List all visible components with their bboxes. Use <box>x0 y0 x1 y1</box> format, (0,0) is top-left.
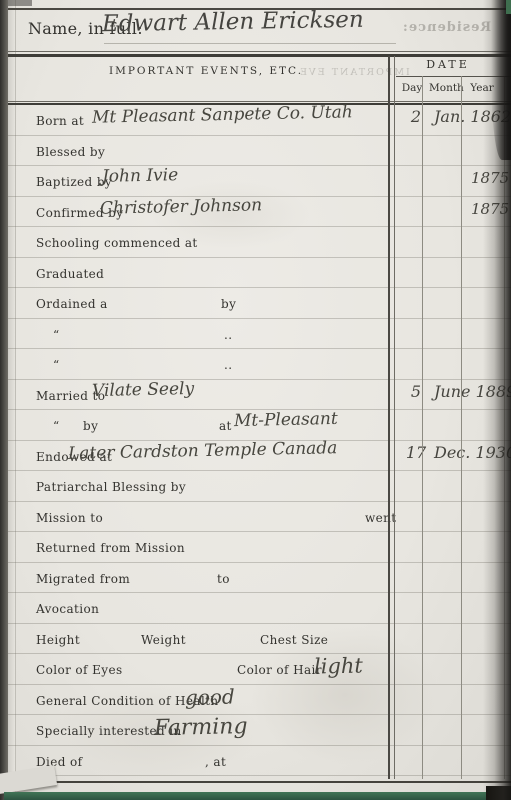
printed-label: Color of Eyes <box>36 663 123 677</box>
month-column-header: Month <box>429 82 463 94</box>
printed-label: , at <box>205 755 226 769</box>
page-curl-shadow-top <box>491 0 511 160</box>
table-row: “byatMt-Pleasant <box>8 409 511 441</box>
printed-label: by <box>221 297 236 311</box>
printed-label: Height <box>36 633 80 647</box>
printed-label: .. <box>224 328 232 342</box>
binding-gutter <box>0 0 8 800</box>
handwritten-value: good <box>185 684 235 709</box>
column-rule <box>461 76 462 779</box>
table-row: Avocation <box>8 592 511 624</box>
divider-line <box>8 101 511 102</box>
table-row: “.. <box>8 318 511 350</box>
handwritten-value: Vilate Seely <box>92 378 194 400</box>
printed-label: Baptized by <box>36 175 112 189</box>
divider-line <box>8 51 511 52</box>
printed-label: to <box>217 572 230 586</box>
table-row: Returned from Mission <box>8 531 511 563</box>
table-row: “.. <box>8 348 511 380</box>
printed-label: Weight <box>141 633 186 647</box>
scanner-background-corner <box>506 0 511 14</box>
scan-smudge <box>8 0 32 6</box>
table-row: Endowed atLater Cardston Temple Canada17… <box>8 440 511 472</box>
table-row: Confirmed byChristofer Johnson1875 <box>8 196 511 228</box>
printed-label: “ <box>53 358 60 372</box>
printed-label: Mission to <box>36 511 103 525</box>
date-day-value: 17 <box>402 443 430 462</box>
table-row: Patriarchal Blessing by <box>8 470 511 502</box>
printed-label: .. <box>224 358 232 372</box>
column-rule <box>422 76 423 779</box>
printed-label: Patriarchal Blessing by <box>36 480 186 494</box>
table-row: Graduated <box>8 257 511 289</box>
printed-label: Blessed by <box>36 145 105 159</box>
column-rule <box>394 56 395 779</box>
printed-label: Born at <box>36 114 84 128</box>
date-day-value: 5 <box>402 382 430 401</box>
printed-label: by <box>83 419 98 433</box>
column-rule <box>388 56 390 779</box>
divider-line <box>8 54 511 57</box>
date-day-value: 2 <box>402 107 430 126</box>
table-row: HeightWeightChest Size <box>8 623 511 655</box>
printed-label: at <box>219 419 232 433</box>
table-row: Migrated fromto <box>8 562 511 594</box>
printed-label: Migrated from <box>36 572 130 586</box>
table-row: Blessed by <box>8 135 511 167</box>
printed-label: Schooling commenced at <box>36 236 198 250</box>
table-row: Died of, at <box>8 745 511 777</box>
handwritten-value: Farming <box>154 714 248 741</box>
name-underline <box>104 43 396 44</box>
record-book-page: Name, in full: Edwart Allen Ericksen Res… <box>0 0 511 800</box>
scanner-background-strip <box>4 792 511 800</box>
handwritten-value: Mt-Pleasant <box>234 409 338 431</box>
printed-label: Graduated <box>36 267 104 281</box>
handwritten-value: light <box>314 653 363 678</box>
table-row: Color of EyesColor of Hairlight <box>8 653 511 685</box>
bleedthrough-residence-text: Residence: <box>402 20 491 35</box>
printed-label: Color of Hair <box>237 663 322 677</box>
printed-label: Avocation <box>36 602 99 616</box>
table-row: Mission towent <box>8 501 511 533</box>
printed-label: “ <box>53 328 60 342</box>
printed-label: “ <box>53 419 60 433</box>
handwritten-value: Christofer Johnson <box>100 195 262 218</box>
printed-label: Chest Size <box>260 633 328 647</box>
printed-label: went <box>365 511 397 525</box>
printed-label: Returned from Mission <box>36 541 185 555</box>
name-value-handwritten: Edwart Allen Ericksen <box>102 7 364 38</box>
bottom-border-line <box>10 781 511 783</box>
table-row: Ordained aby <box>8 287 511 319</box>
table-row: Baptized byJohn Ivie1875 <box>8 165 511 197</box>
table-row: Schooling commenced at <box>8 226 511 258</box>
table-row: Married toVilate Seely5June 1889 <box>8 379 511 411</box>
table-row: Specially interested inFarming <box>8 714 511 746</box>
handwritten-value: Mt Pleasant Sanpete Co. Utah <box>92 102 353 127</box>
table-row: Born atMt Pleasant Sanpete Co. Utah2Jan.… <box>8 104 511 136</box>
printed-label: Ordained a <box>36 297 108 311</box>
table-row: General Condition of Healthgood <box>8 684 511 716</box>
handwritten-value: John Ivie <box>102 165 179 187</box>
handwritten-value: Later Cardston Temple Canada <box>68 438 338 464</box>
